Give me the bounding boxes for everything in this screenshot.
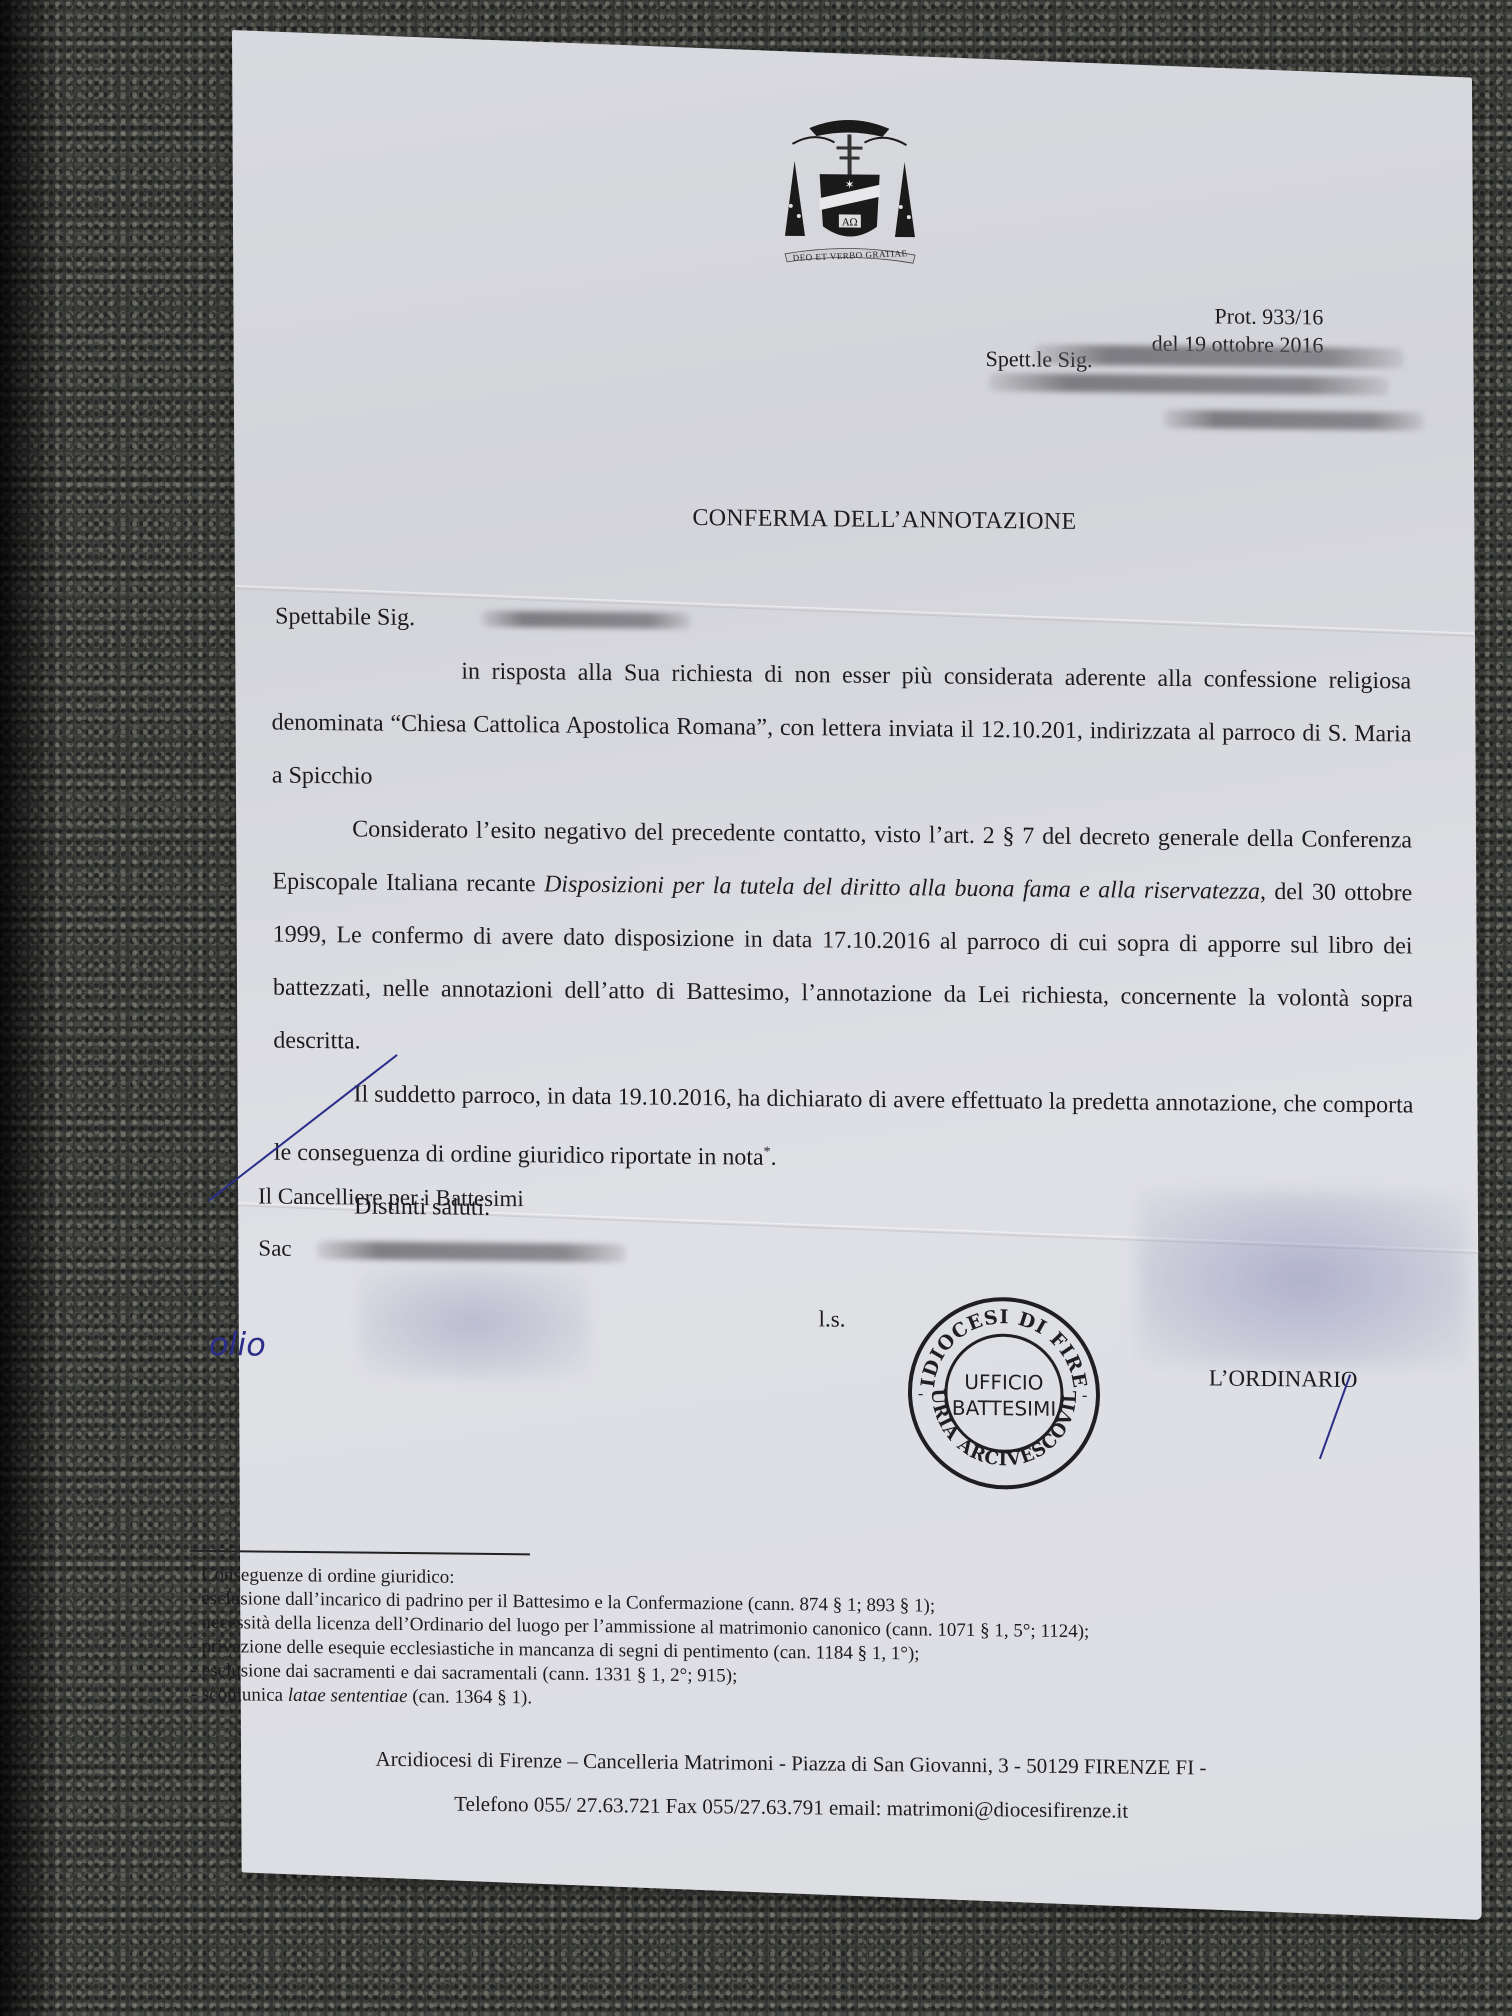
letter-footer: Arcidiocesi di Firenze – Cancelleria Mat… (241, 1735, 1341, 1835)
redacted-signature (358, 1267, 589, 1379)
background-shadow (0, 0, 60, 2016)
svg-text:✶: ✶ (845, 177, 855, 191)
salutation-text: Spettabile Sig. (275, 604, 415, 631)
redacted-recipient-address (989, 373, 1389, 395)
letter-content: ✶ AΩ DEO ET VERBO GRATIAE Prot. 933/16 d… (232, 30, 1481, 1885)
item-prefix: - scomunica (191, 1684, 288, 1706)
redacted-recipient-name (1033, 344, 1403, 368)
item-suffix: (can. 1364 § 1). (407, 1686, 532, 1708)
ordinary-title: L’ORDINARIO (1209, 1365, 1358, 1393)
coat-of-arms-icon: ✶ AΩ DEO ET VERBO GRATIAE (764, 106, 935, 278)
handwritten-note: olio (209, 1325, 266, 1364)
svg-text:AΩ: AΩ (841, 217, 858, 228)
office-stamp: ARCIDIOCESI DI FIRENZE CURIA ARCIVESCOVI… (903, 1292, 1104, 1494)
svg-text:-: - (918, 1385, 923, 1402)
footnote-block: * Conseguenze di ordine giuridico: - esc… (190, 1558, 1331, 1719)
footnote-divider (190, 1550, 530, 1555)
letter-paper: ✶ AΩ DEO ET VERBO GRATIAE Prot. 933/16 d… (232, 30, 1482, 1920)
letter-body: Spettabile Sig. in risposta alla Sua ric… (271, 590, 1414, 1244)
svg-text:UFFICIO: UFFICIO (964, 1370, 1043, 1395)
chancellor-signature-block: Il Cancelliere per i Battesimi Sac (258, 1170, 524, 1277)
protocol-number: Prot. 933/16 (1152, 302, 1324, 332)
chancellor-prefix: Sac (258, 1235, 291, 1260)
decree-continuation: , del 30 ottobre 1999, Le confermo di av… (273, 879, 1413, 1055)
locus-sigilli: l.s. (819, 1306, 846, 1332)
svg-text:BATTESIMI: BATTESIMI (952, 1396, 1056, 1421)
footnote-marker: * (764, 1145, 771, 1160)
chancellor-title: Il Cancelliere per i Battesimi (258, 1170, 524, 1225)
redacted-recipient-city (1164, 410, 1424, 431)
svg-text:-: - (1082, 1387, 1087, 1404)
footnote-heading-text: Conseguenze di ordine giuridico: (202, 1564, 455, 1588)
paragraph-decree: Considerato l’esito negativo del precede… (272, 803, 1413, 1080)
redacted-chancellor-name (316, 1241, 626, 1262)
paragraph-request: in risposta alla Sua richiesta di non es… (271, 644, 1412, 815)
footnote-marker: * (190, 1562, 197, 1577)
confirmation-text: Il suddetto parroco, in data 19.10.2016,… (274, 1081, 1414, 1170)
period: . (771, 1145, 777, 1171)
redacted-ordinary-signature (1138, 1190, 1469, 1368)
decree-title: Disposizioni per la tutela del diritto a… (544, 871, 1260, 905)
redacted-name (481, 611, 691, 629)
item-italic: latae sententiae (288, 1685, 408, 1707)
document-title: CONFERMA DELL’ANNOTAZIONE (624, 504, 1144, 536)
